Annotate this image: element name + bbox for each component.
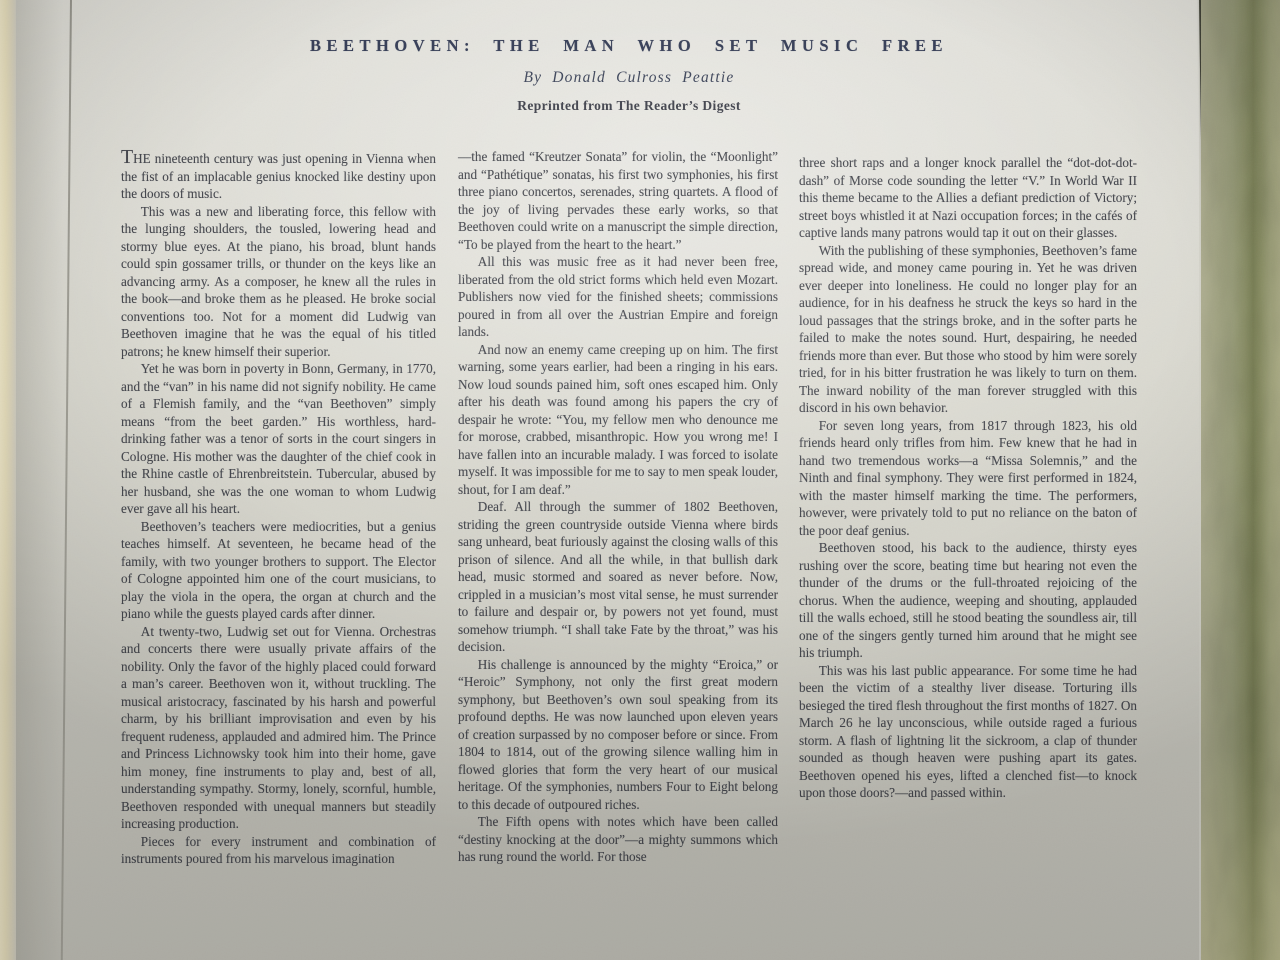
paragraph: With the publishing of these symphonies,… — [799, 242, 1137, 417]
byline: By Donald Culross Peattie — [121, 69, 1137, 87]
article-title: BEETHOVEN: THE MAN WHO SET MUSIC FREE — [121, 36, 1137, 56]
paragraph: The Fifth opens with notes which have be… — [458, 813, 778, 866]
left-page-edge — [0, 0, 16, 960]
paragraph: At twenty-two, Ludwig set out for Vienna… — [121, 623, 436, 833]
column-3: three short raps and a longer knock para… — [799, 148, 1137, 868]
photographed-liner-notes: BEETHOVEN: THE MAN WHO SET MUSIC FREE By… — [0, 0, 1280, 960]
paragraph: Beethoven’s teachers were mediocrities, … — [121, 518, 436, 623]
paragraph: This was his last public appearance. For… — [799, 662, 1137, 802]
article-body: THE nineteenth century was just opening … — [121, 148, 1137, 868]
article-header: BEETHOVEN: THE MAN WHO SET MUSIC FREE By… — [121, 36, 1137, 114]
paragraph: For seven long years, from 1817 through … — [799, 417, 1137, 540]
paragraph: three short raps and a longer knock para… — [799, 154, 1137, 242]
paragraph: Pieces for every instrument and combinat… — [121, 833, 436, 868]
book-edge-texture — [1201, 0, 1280, 960]
paragraph: And now an enemy came creeping up on him… — [458, 341, 778, 499]
source-line: Reprinted from The Reader’s Digest — [121, 98, 1137, 114]
paragraph: This was a new and liberating force, thi… — [121, 203, 436, 361]
liner-notes-page: BEETHOVEN: THE MAN WHO SET MUSIC FREE By… — [16, 0, 1199, 960]
page-crease — [61, 0, 72, 960]
paragraph: —the famed “Kreutzer Sonata” for violin,… — [458, 148, 778, 253]
column-1: THE nineteenth century was just opening … — [121, 148, 436, 868]
paragraph: Beethoven stood, his back to the audienc… — [799, 539, 1137, 662]
paragraph: His challenge is announced by the mighty… — [458, 656, 778, 814]
paragraph: All this was music free as it had never … — [458, 253, 778, 341]
paragraph: Deaf. All through the summer of 1802 Bee… — [458, 498, 778, 656]
book-edge — [1201, 0, 1280, 960]
paragraph: Yet he was born in poverty in Bonn, Germ… — [121, 360, 436, 518]
column-2: —the famed “Kreutzer Sonata” for violin,… — [458, 148, 778, 868]
paragraph: THE nineteenth century was just opening … — [121, 148, 436, 203]
